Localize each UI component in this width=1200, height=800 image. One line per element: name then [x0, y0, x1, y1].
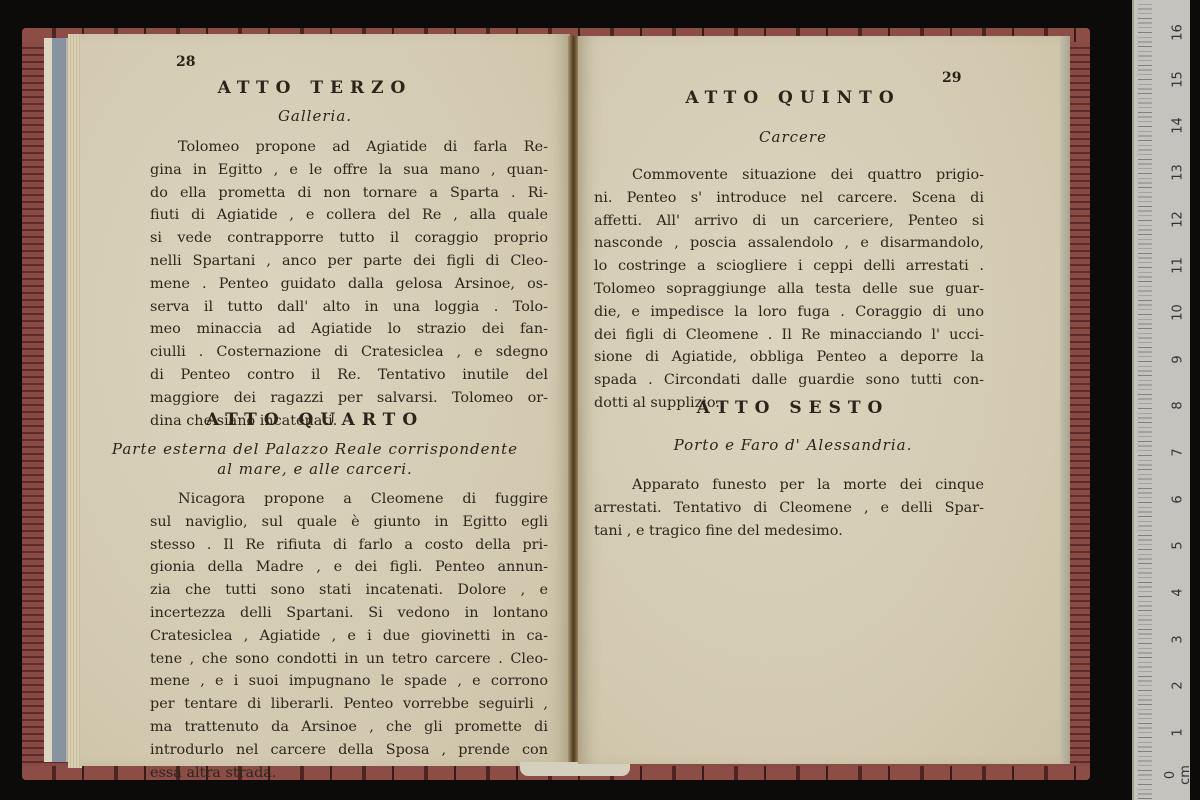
text-line: Apparato funesto per la morte dei cinque	[594, 474, 984, 497]
text-line: mene . Penteo guidato dalla gelosa Arsin…	[150, 273, 548, 296]
act-title-quarto: ATTO QUARTO	[80, 410, 550, 430]
spine-headband	[520, 762, 630, 776]
ruler-label: 13	[1171, 163, 1186, 183]
text-line: di Penteo contro il Re. Tentativo inutil…	[150, 364, 548, 387]
ruler-label: 3	[1171, 630, 1186, 650]
text-line: arrestati. Tentativo di Cleomene , e del…	[594, 497, 984, 520]
ruler-label: 7	[1171, 443, 1186, 463]
ruler-label: 15	[1171, 70, 1186, 90]
paragraph-atto-sesto: Apparato funesto per la morte dei cinque…	[594, 474, 984, 542]
text-line: affetti. All' arrivo di un carceriere, P…	[594, 210, 984, 233]
scene-palazzo-line1: Parte esterna del Palazzo Reale corrispo…	[80, 440, 550, 458]
text-line: ciulli . Costernazione di Cratesiclea , …	[150, 341, 548, 364]
text-line: fiuti di Agiatide , e collera del Re , a…	[150, 204, 548, 227]
ruler-label: 0 cm	[1163, 765, 1193, 785]
ruler-label: 9	[1171, 350, 1186, 370]
text-line: maggiore dei ragazzi per salvarsi. Tolom…	[150, 387, 548, 410]
text-line: Tolomeo propone ad Agiatide di farla Re-	[150, 136, 548, 159]
text-line: nasconde , poscia assalendolo , e disarm…	[594, 232, 984, 255]
page-number-right: 29	[942, 70, 961, 86]
ruler-label: 12	[1171, 210, 1186, 230]
ruler-label: 2	[1171, 676, 1186, 696]
scene-carcere: Carcere	[578, 128, 1008, 146]
text-line: essa altra strada.	[150, 762, 548, 785]
ruler-label: 6	[1171, 490, 1186, 510]
text-line: tani , e tragico fine del medesimo.	[594, 520, 984, 543]
endpaper-left	[44, 38, 70, 762]
text-line: incertezza delli Spartani. Si vedono in …	[150, 602, 548, 625]
text-line: gionia della Madre , e dei figli. Penteo…	[150, 556, 548, 579]
text-line: sul naviglio, sul quale è giunto in Egit…	[150, 511, 548, 534]
text-line: ma trattenuto da Arsinoe , che gli prome…	[150, 716, 548, 739]
scene-palazzo-line2: al mare, e alle carceri.	[80, 460, 550, 478]
text-line: stesso . Il Re rifiuta di farlo a costo …	[150, 534, 548, 557]
ruler-label: 11	[1171, 256, 1186, 276]
ruler-label: 5	[1171, 536, 1186, 556]
paragraph-atto-quarto: Nicagora propone a Cleomene di fuggire s…	[150, 488, 548, 784]
page-number-left: 28	[176, 54, 195, 70]
scene-galleria: Galleria.	[80, 107, 550, 125]
text-line: introdurlo nel carcere della Sposa , pre…	[150, 739, 548, 762]
text-line: si vede contrapporre tutto il coraggio p…	[150, 227, 548, 250]
text-line: gina in Egitto , e le offre la sua mano …	[150, 159, 548, 182]
text-line: ni. Penteo s' introduce nel carcere. Sce…	[594, 187, 984, 210]
ruler-label: 16	[1171, 23, 1186, 43]
ruler-label: 1	[1171, 723, 1186, 743]
text-line: serva il tutto dall' alto in una loggia …	[150, 296, 548, 319]
text-line: Commovente situazione dei quattro prigio…	[594, 164, 984, 187]
left-page: 28 ATTO TERZO Galleria. Tolomeo propone …	[80, 34, 570, 766]
paragraph-atto-terzo: Tolomeo propone ad Agiatide di farla Re-…	[150, 136, 548, 432]
paragraph-atto-quinto: Commovente situazione dei quattro prigio…	[594, 164, 984, 415]
ruler-ticks	[1138, 0, 1166, 800]
text-line: do ella prometta di non tornare a Sparta…	[150, 182, 548, 205]
text-line: mene , e i suoi impugnano le spade , e c…	[150, 670, 548, 693]
page-stack-right	[1060, 36, 1070, 764]
act-title-quinto: ATTO QUINTO	[578, 88, 1008, 108]
text-line: Nicagora propone a Cleomene di fuggire	[150, 488, 548, 511]
ruler-label: 4	[1171, 583, 1186, 603]
text-line: lo costringe a sciogliere i ceppi delli …	[594, 255, 984, 278]
text-line: nelli Spartani , anco per parte dei figl…	[150, 250, 548, 273]
text-line: Tolomeo sopraggiunge alla testa delle su…	[594, 278, 984, 301]
text-line: tene , che sono condotti in un tetro car…	[150, 648, 548, 671]
ruler-label: 10	[1171, 303, 1186, 323]
text-line: sione di Agiatide, obbliga Penteo a depo…	[594, 346, 984, 369]
ruler-label: 14	[1171, 116, 1186, 136]
text-line: zia che tutti sono stati incatenati. Dol…	[150, 579, 548, 602]
text-line: dei figli di Cleomene . Il Re minacciand…	[594, 324, 984, 347]
right-page: 29 ATTO QUINTO Carcere Commovente situaz…	[578, 36, 1062, 764]
text-line: per tentare di liberarli. Penteo vorrebb…	[150, 693, 548, 716]
text-line: meo minaccia ad Agiatide lo strazio dei …	[150, 318, 548, 341]
scene-porto-faro: Porto e Faro d' Alessandria.	[578, 436, 1008, 454]
text-line: spada . Circondati dalle guardie sono tu…	[594, 369, 984, 392]
measurement-ruler: 0 cm 1 2 3 4 5 6 7 8 9 10 11 12 13 14 15…	[1132, 0, 1190, 800]
text-line: die, e impedisce la loro fuga . Coraggio…	[594, 301, 984, 324]
ruler-label: 8	[1171, 396, 1186, 416]
text-line: Cratesiclea , Agiatide , e i due giovine…	[150, 625, 548, 648]
act-title-sesto: ATTO SESTO	[578, 398, 1008, 418]
act-title-terzo: ATTO TERZO	[80, 78, 550, 98]
